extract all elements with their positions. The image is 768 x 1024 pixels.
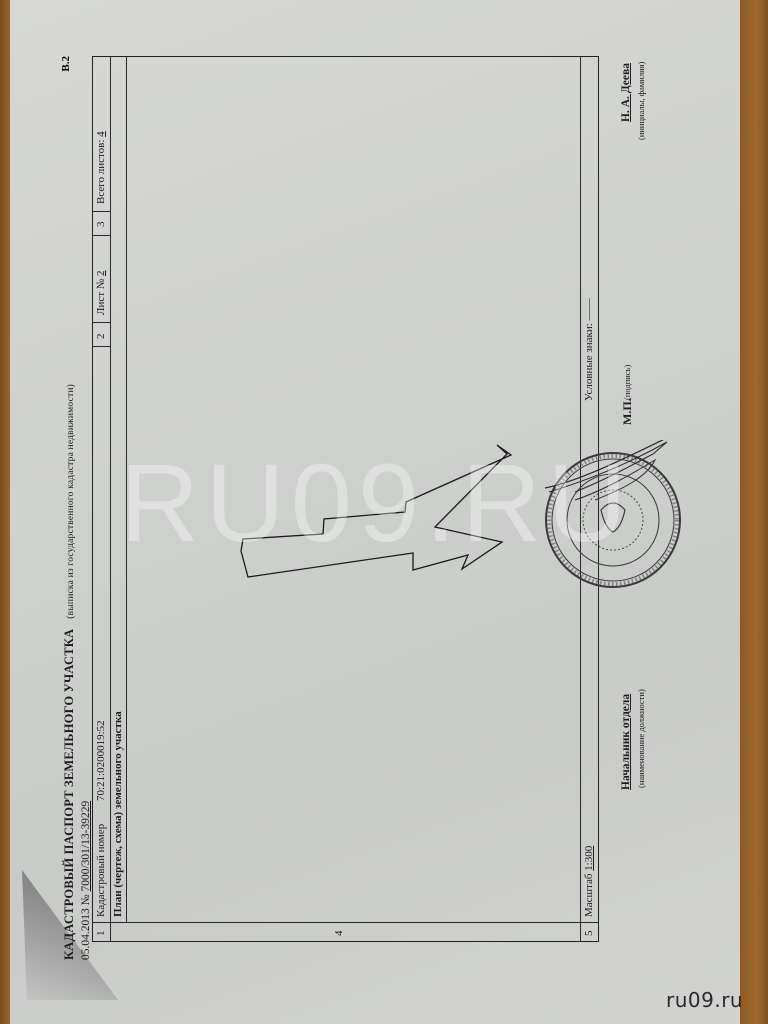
wooden-table-right xyxy=(740,0,768,1024)
legend-line-symbol: —— xyxy=(583,298,595,320)
position-title: Начальник отдела xyxy=(620,694,632,790)
document-title: КАДАСТРОВЫЙ ПАСПОРТ ЗЕМЕЛЬНОГО УЧАСТКА(в… xyxy=(62,384,77,960)
form-code: В.2 xyxy=(60,56,72,72)
document-date: 05.04.2013 xyxy=(80,908,92,960)
scale-label: Масштаб 1:300 xyxy=(583,846,595,917)
document-number-line: 05.04.2013 № 7000/301/13-39229 xyxy=(80,801,92,960)
document-number: 7000/301/13-39229 xyxy=(80,801,92,892)
center-watermark: RU09.RU xyxy=(120,440,633,567)
scale-value: 1:300 xyxy=(583,846,595,871)
document-subtitle: (выписка из государственного кадастра не… xyxy=(66,384,76,619)
row-number-5: 5 xyxy=(583,931,595,937)
corner-watermark: ru09.ru xyxy=(666,988,743,1012)
position-caption: (наименование должности) xyxy=(636,689,646,788)
signatory-name: Н. А. Деева xyxy=(620,63,632,122)
legend-label: Условные знаки: —— xyxy=(583,298,595,401)
stamp-place-label: М.П. xyxy=(620,398,635,425)
signature-caption: (подпись) xyxy=(622,365,632,400)
signatory-caption: (инициалы, фамилия) xyxy=(636,62,646,140)
number-sign: № xyxy=(80,894,92,905)
